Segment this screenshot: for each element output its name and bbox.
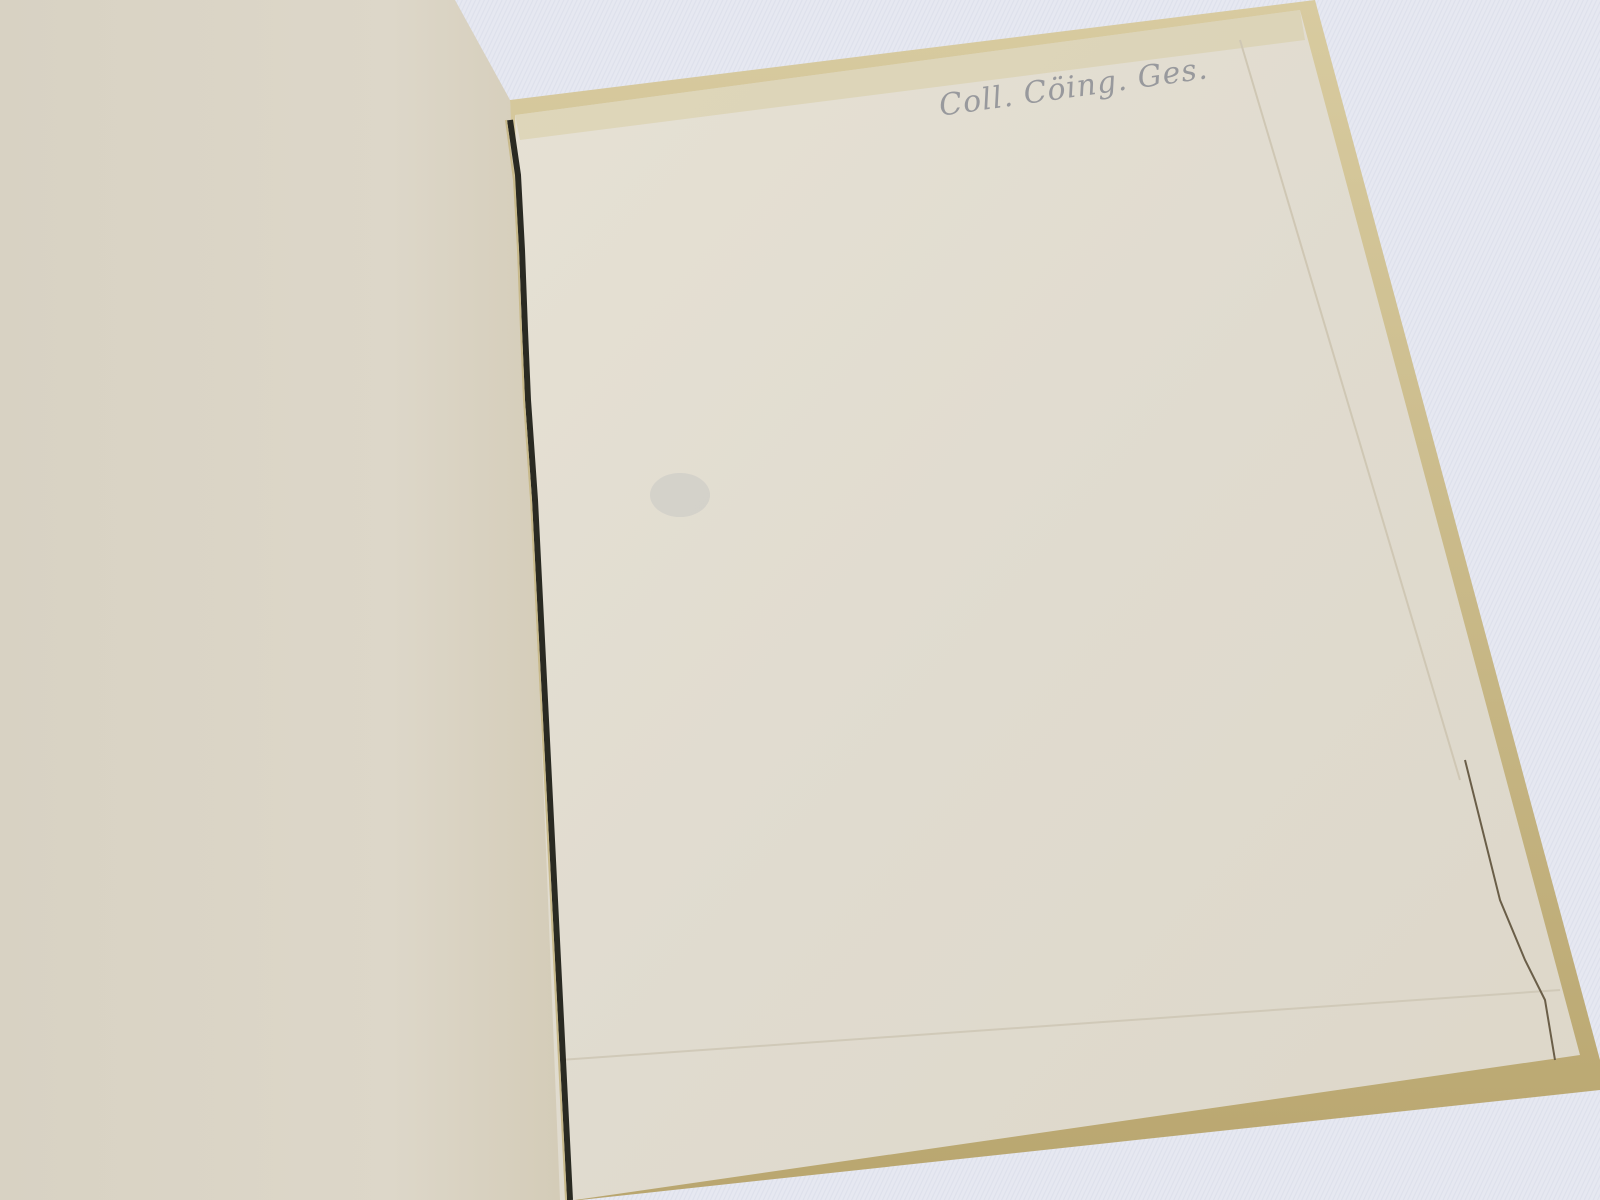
book-illustration	[0, 0, 1600, 1200]
left-page	[0, 0, 560, 1200]
right-page	[515, 10, 1580, 1200]
